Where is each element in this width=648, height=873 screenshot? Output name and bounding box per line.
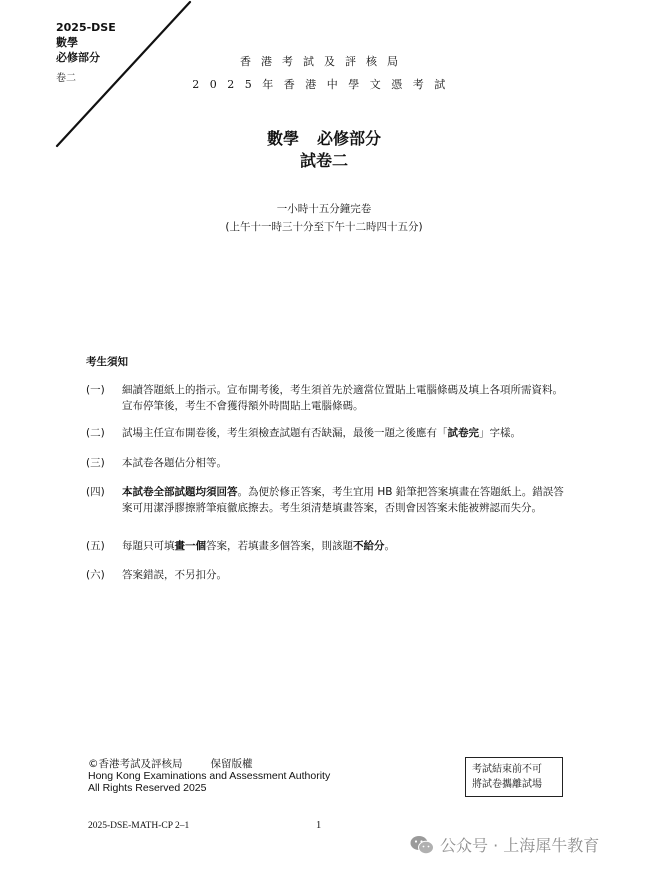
watermark: 公众号 · 上海犀牛教育	[410, 833, 599, 856]
paper-code: 2025-DSE-MATH-CP 2–1	[88, 821, 189, 831]
title-subject: 數學	[267, 129, 299, 148]
organization-name: 香港考試及評核局	[0, 53, 648, 69]
copyright-zh: ©香港考試及評核局	[88, 758, 183, 770]
title-part: 必修部分	[317, 129, 381, 148]
instruction-item: (一) 細讀答題紙上的指示。宣布開考後，考生須首先於適當位置貼上電腦條碼及填上各…	[86, 382, 566, 414]
exam-notice-box: 考試結束前不可 將試卷攜離試場	[465, 757, 563, 797]
year-code: 2025-DSE	[56, 20, 116, 35]
watermark-text: 公众号 · 上海犀牛教育	[440, 833, 599, 856]
duration-time-range: (上午十一時三十分至下午十二時四十五分)	[0, 218, 648, 236]
instructions-heading: 考生須知	[86, 354, 128, 369]
wechat-icon	[410, 835, 434, 855]
corner-subject: 數學	[56, 35, 116, 50]
duration: 一小時十五分鐘完卷 (上午十一時三十分至下午十二時四十五分)	[0, 200, 648, 236]
instruction-item: (四) 本試卷全部試題均須回答。為便於修正答案，考生宜用 HB 鉛筆把答案填畫在…	[86, 484, 566, 516]
rights-zh: 保留版權	[211, 758, 253, 770]
title-paper: 試卷二	[0, 150, 648, 172]
instruction-item: (五) 每題只可填畫一個答案，若填畫多個答案，則該題不給分。	[86, 538, 566, 554]
duration-length: 一小時十五分鐘完卷	[0, 200, 648, 218]
org-en: Hong Kong Examinations and Assessment Au…	[88, 770, 330, 782]
rights-en: All Rights Reserved 2025	[88, 782, 330, 794]
instruction-item: (六) 答案錯誤，不另扣分。	[86, 567, 566, 583]
page-number: 1	[316, 820, 321, 831]
instruction-item: (三) 本試卷各題佔分相等。	[86, 455, 566, 471]
exam-name: 2025年香港中學文憑考試	[0, 76, 648, 92]
page-title: 數學必修部分 試卷二	[0, 128, 648, 172]
copyright-block: ©香港考試及評核局保留版權 Hong Kong Examinations and…	[88, 758, 330, 794]
instruction-item: (二) 試場主任宣布開卷後，考生須檢查試題有否缺漏，最後一題之後應有「試卷完」字…	[86, 425, 566, 441]
